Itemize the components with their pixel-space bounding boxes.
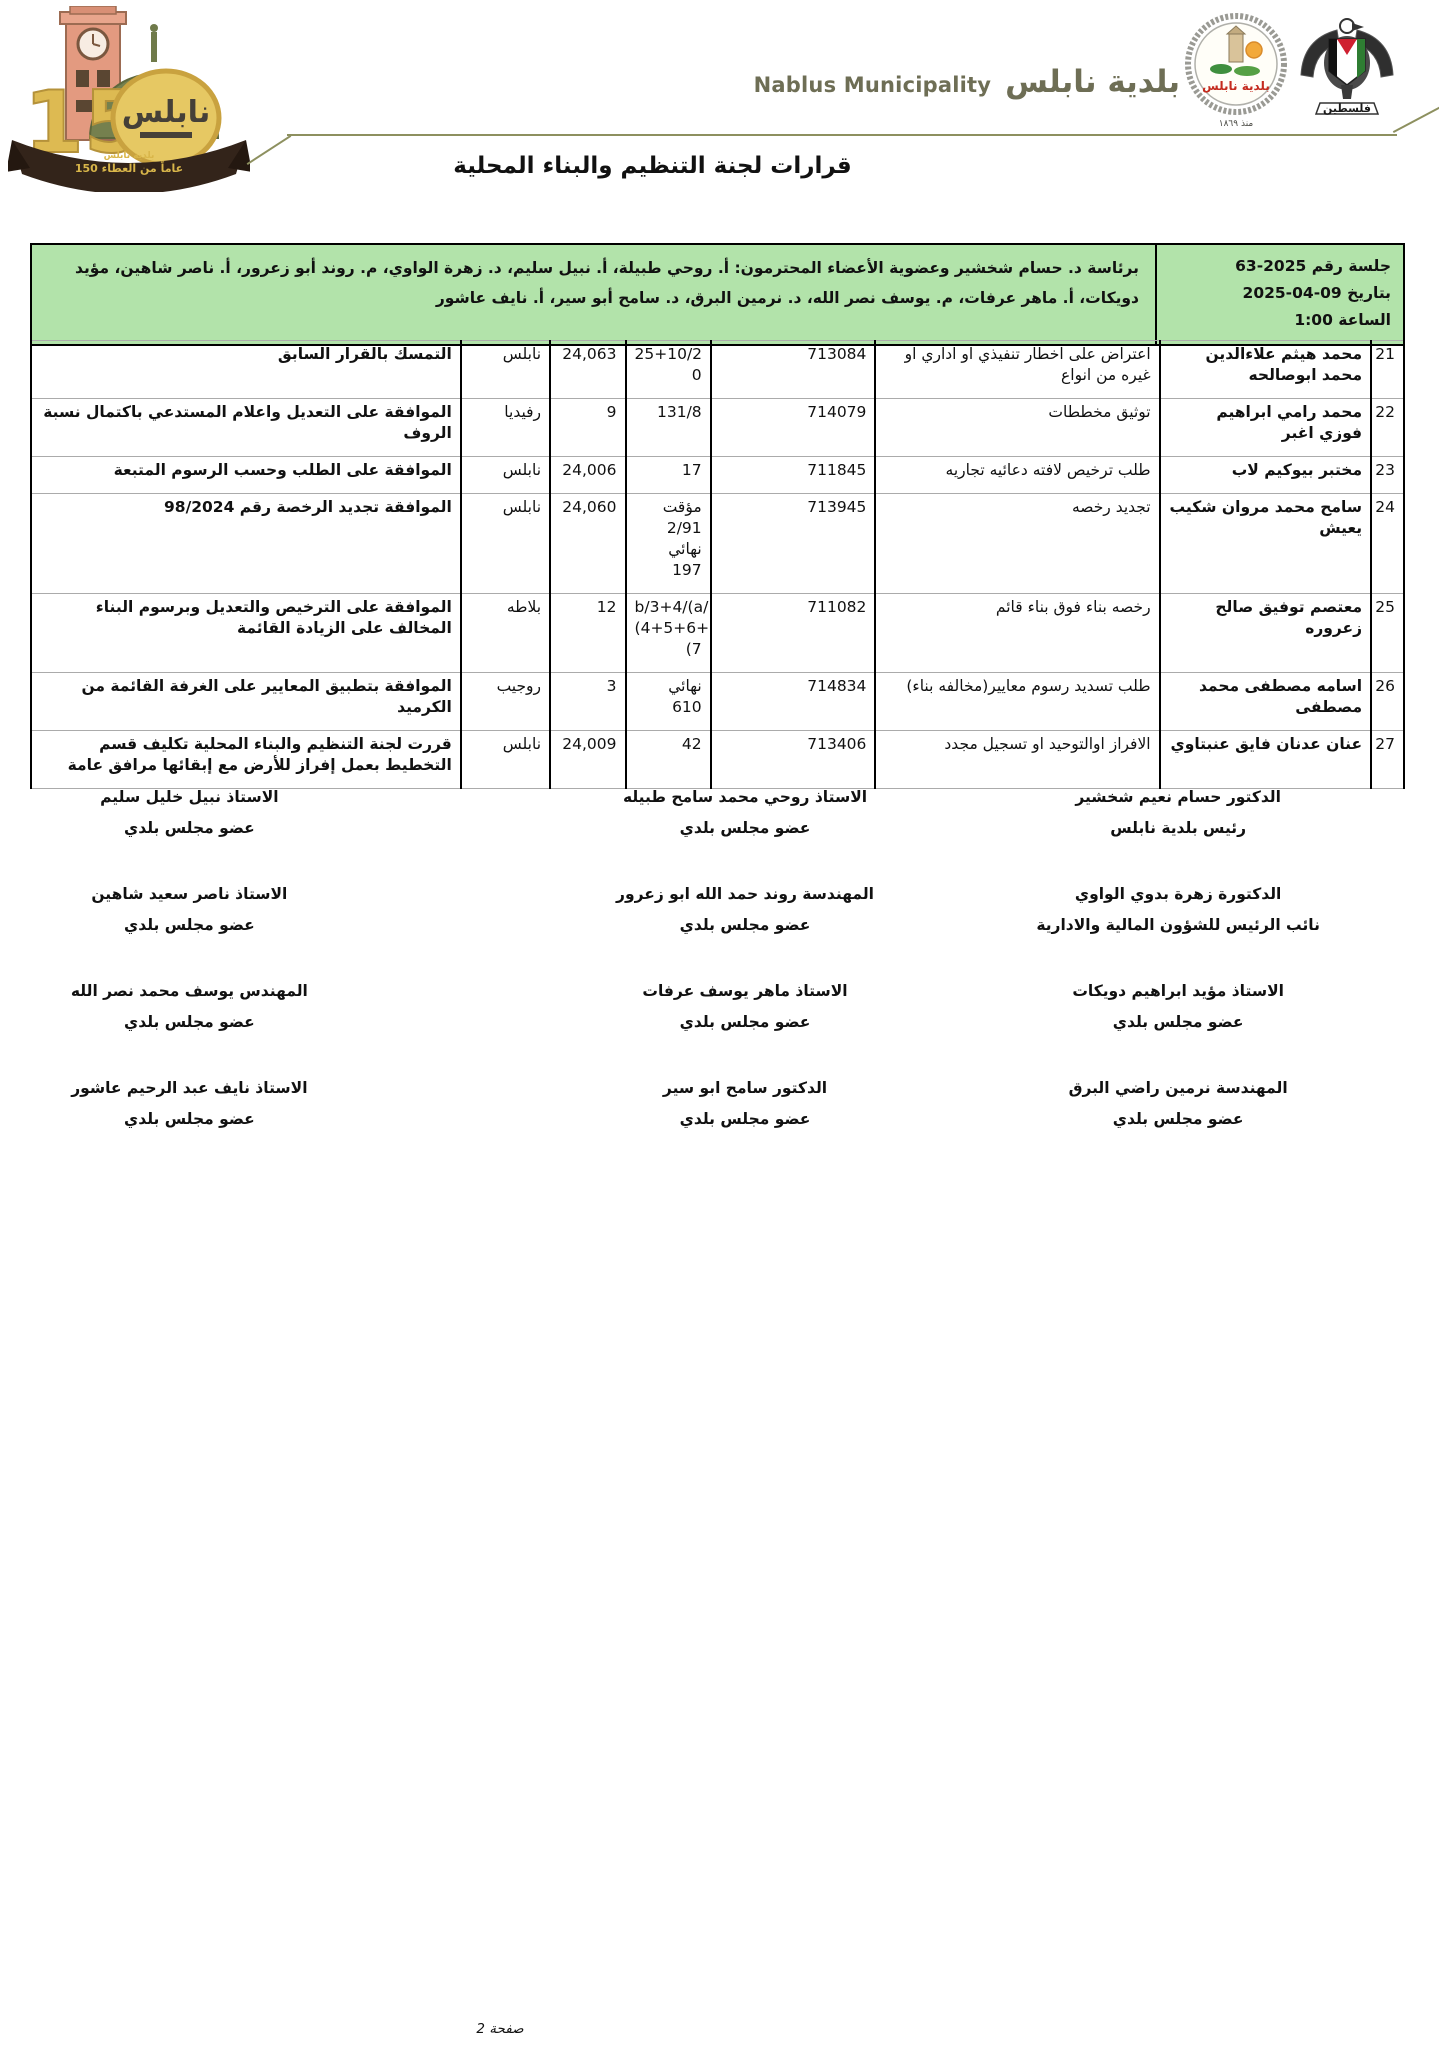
signatory-role: عضو مجلس بلدي (539, 914, 952, 936)
signature-row: الدكتور حسام نعيم شخشيررئيس بلدية نابلسا… (30, 786, 1405, 839)
signature-entry: الاستاذ نبيل خليل سليمعضو مجلس بلدي (30, 786, 539, 839)
request-subject: طلب ترخيص لافته دعائيه تجاريه (875, 457, 1159, 494)
signatures: الدكتور حسام نعيم شخشيررئيس بلدية نابلسا… (30, 786, 1405, 1174)
coat-of-arms-caption: فلسطين (1323, 102, 1371, 115)
location: رفيديا (461, 399, 550, 457)
parcel-number: 17 (626, 457, 711, 494)
palestine-coat-of-arms: فلسطين (1292, 13, 1402, 125)
location: بلاطه (461, 594, 550, 673)
table-row: 26اسامه مصطفى محمد مصطفىطلب تسديد رسوم م… (31, 673, 1404, 731)
table-row: 23مختبر بيوكيم لابطلب ترخيص لافته دعائيه… (31, 457, 1404, 494)
signatory-name: المهندس يوسف محمد نصر الله (30, 980, 349, 1002)
row-number: 21 (1371, 341, 1404, 399)
row-number: 27 (1371, 731, 1404, 789)
decision-text: التمسك بالقرار السابق (31, 341, 461, 399)
block-number: 9 (550, 399, 626, 457)
request-number: 714834 (711, 673, 876, 731)
municipal-seal-art: بلدية نابلس منذ ١٨٦٩ (1183, 12, 1290, 130)
signatory-role: رئيس بلدية نابلس (951, 817, 1405, 839)
decision-text: الموافقة على الطلب وحسب الرسوم المتبعة (31, 457, 461, 494)
header-rule (287, 134, 1397, 136)
signatory-name: الدكتور حسام نعيم شخشير (951, 786, 1405, 808)
signatory-name: الاستاذ نبيل خليل سليم (30, 786, 349, 808)
session-date-label: بتاريخ (1347, 284, 1391, 302)
session-time-value: 1:00 (1294, 311, 1333, 329)
block-number: 24,063 (550, 341, 626, 399)
applicant-name: محمد هيثم علاءالدين محمد ابوصالحه (1160, 341, 1371, 399)
signatory-name: الاستاذ ناصر سعيد شاهين (30, 883, 349, 905)
table-row: 24سامح محمد مروان شكيب يعيشتجديد رخصه713… (31, 494, 1404, 594)
block-number: 24,009 (550, 731, 626, 789)
applicant-name: مختبر بيوكيم لاب (1160, 457, 1371, 494)
signature-entry: الاستاذ روحي محمد سامح طبيلهعضو مجلس بلد… (539, 786, 952, 839)
signature-entry: الاستاذ نايف عبد الرحيم عاشورعضو مجلس بل… (30, 1077, 539, 1130)
signatory-role: عضو مجلس بلدي (30, 1108, 349, 1130)
signatory-role: عضو مجلس بلدي (30, 914, 349, 936)
session-date-value: 2025-04-09 (1243, 284, 1342, 302)
applicant-name: عنان عدنان فايق عنبتاوي (1160, 731, 1371, 789)
signatory-name: الاستاذ نايف عبد الرحيم عاشور (30, 1077, 349, 1099)
request-number: 711845 (711, 457, 876, 494)
session-time: الساعة 1:00 (1169, 307, 1391, 334)
request-subject: اعتراض على اخطار تنفيذي او اداري او غيره… (875, 341, 1159, 399)
signatory-name: الاستاذ روحي محمد سامح طبيله (539, 786, 952, 808)
signatory-name: المهندسة نرمين راضي البرق (951, 1077, 1405, 1099)
request-number: 711082 (711, 594, 876, 673)
parcel-number: مؤقت 2/91نهائي 197 (626, 494, 711, 594)
table-row: 25معتصم توفيق صالح زعرورهرخصه بناء فوق ب… (31, 594, 1404, 673)
request-number: 713945 (711, 494, 876, 594)
table-row: 27عنان عدنان فايق عنبتاويالافراز اوالتوح… (31, 731, 1404, 789)
parcel-number: 131/8 (626, 399, 711, 457)
signatory-role: عضو مجلس بلدي (539, 1108, 952, 1130)
request-number: 714079 (711, 399, 876, 457)
location: نابلس (461, 494, 550, 594)
session-number: جلسة رقم 63-2025 (1169, 253, 1391, 280)
municipal-seal: بلدية نابلس منذ ١٨٦٩ (1183, 12, 1290, 130)
applicant-name: سامح محمد مروان شكيب يعيش (1160, 494, 1371, 594)
location: نابلس (461, 457, 550, 494)
decision-text: الموافقة على التعديل واعلام المستدعي باك… (31, 399, 461, 457)
seal-caption: منذ ١٨٦٩ (1219, 119, 1254, 129)
location: نابلس (461, 341, 550, 399)
signature-entry: المهندسة روند حمد الله ابو زعرورعضو مجلس… (539, 883, 952, 936)
table-row: 21محمد هيثم علاءالدين محمد ابوصالحهاعترا… (31, 341, 1404, 399)
location: روجيب (461, 673, 550, 731)
request-subject: الافراز اوالتوحيد او تسجيل مجدد (875, 731, 1159, 789)
signature-entry: الدكتور سامح ابو سيرعضو مجلس بلدي (539, 1077, 952, 1130)
signature-entry: الاستاذ ماهر يوسف عرفاتعضو مجلس بلدي (539, 980, 952, 1033)
signature-row: المهندسة نرمين راضي البرقعضو مجلس بلديال… (30, 1077, 1405, 1130)
row-number: 25 (1371, 594, 1404, 673)
session-time-label: الساعة (1338, 311, 1391, 329)
request-number: 713406 (711, 731, 876, 789)
signatory-name: الدكتور سامح ابو سير (539, 1077, 952, 1099)
decision-text: الموافقة على الترخيص والتعديل وبرسوم الب… (31, 594, 461, 673)
request-subject: توثيق مخططات (875, 399, 1159, 457)
signature-entry: المهندسة نرمين راضي البرقعضو مجلس بلدي (951, 1077, 1405, 1130)
block-number: 12 (550, 594, 626, 673)
seal-center-text: بلدية نابلس (1202, 79, 1270, 93)
page-number-footer: صفحة 2 (440, 2021, 560, 2037)
decision-text: قررت لجنة التنظيم والبناء المحلية تكليف … (31, 731, 461, 789)
signatory-role: عضو مجلس بلدي (951, 1011, 1405, 1033)
parcel-number: b/3+4/(a/(4+5+6+(7 (626, 594, 711, 673)
request-subject: رخصه بناء فوق بناء قائم (875, 594, 1159, 673)
block-number: 24,060 (550, 494, 626, 594)
session-number-value: 63-2025 (1235, 257, 1306, 275)
request-subject: تجديد رخصه (875, 494, 1159, 594)
signatory-role: عضو مجلس بلدي (951, 1108, 1405, 1130)
brand-line: Nablus Municipality بلدية نابلس (754, 64, 1180, 100)
parcel-number: 25+10/20 (626, 341, 711, 399)
brand-name-arabic: بلدية نابلس (1005, 64, 1180, 100)
signatory-name: الاستاذ ماهر يوسف عرفات (539, 980, 952, 1002)
table-row: 22محمد رامي ابراهيم فوزي اغبرتوثيق مخططا… (31, 399, 1404, 457)
signatory-role: عضو مجلس بلدي (539, 1011, 952, 1033)
decisions-table: 21محمد هيثم علاءالدين محمد ابوصالحهاعترا… (30, 340, 1405, 789)
palestine-eagle-art: فلسطين (1292, 13, 1402, 125)
row-number: 26 (1371, 673, 1404, 731)
parcel-number: 42 (626, 731, 711, 789)
session-number-label: جلسة رقم (1312, 257, 1391, 275)
row-number: 22 (1371, 399, 1404, 457)
row-number: 24 (1371, 494, 1404, 594)
signature-entry: المهندس يوسف محمد نصر اللهعضو مجلس بلدي (30, 980, 539, 1033)
request-number: 713084 (711, 341, 876, 399)
session-meta: جلسة رقم 63-2025 بتاريخ 2025-04-09 الساع… (1155, 245, 1403, 344)
signatory-name: الاستاذ مؤيد ابراهيم دويكات (951, 980, 1405, 1002)
block-number: 3 (550, 673, 626, 731)
session-info-box: جلسة رقم 63-2025 بتاريخ 2025-04-09 الساع… (30, 243, 1405, 346)
location: نابلس (461, 731, 550, 789)
block-number: 24,006 (550, 457, 626, 494)
decisions-table-body: 21محمد هيثم علاءالدين محمد ابوصالحهاعترا… (31, 341, 1404, 789)
signatory-role: نائب الرئيس للشؤون المالية والادارية (951, 914, 1405, 936)
session-members: برئاسة د. حسام شخشير وعضوية الأعضاء المح… (32, 245, 1155, 344)
decision-text: الموافقة بتطبيق المعايير على الغرفة القا… (31, 673, 461, 731)
signature-row: الدكتورة زهرة بدوي الواوينائب الرئيس للش… (30, 883, 1405, 936)
brand-name-english: Nablus Municipality (754, 73, 992, 97)
applicant-name: اسامه مصطفى محمد مصطفى (1160, 673, 1371, 731)
signatory-role: عضو مجلس بلدي (30, 1011, 349, 1033)
applicant-name: معتصم توفيق صالح زعروره (1160, 594, 1371, 673)
signatory-role: عضو مجلس بلدي (539, 817, 952, 839)
decisions-table-wrap: 21محمد هيثم علاءالدين محمد ابوصالحهاعترا… (30, 340, 1405, 789)
signatory-role: عضو مجلس بلدي (30, 817, 349, 839)
logo-zero-text: نابلس (122, 95, 210, 130)
signature-entry: الدكتور حسام نعيم شخشيررئيس بلدية نابلس (951, 786, 1405, 839)
row-number: 23 (1371, 457, 1404, 494)
request-subject: طلب تسديد رسوم معايير(مخالفه بناء) (875, 673, 1159, 731)
signatory-name: الدكتورة زهرة بدوي الواوي (951, 883, 1405, 905)
parcel-number: نهائي 610 (626, 673, 711, 731)
signature-row: الاستاذ مؤيد ابراهيم دويكاتعضو مجلس بلدي… (30, 980, 1405, 1033)
session-date: بتاريخ 2025-04-09 (1169, 280, 1391, 307)
signatory-name: المهندسة روند حمد الله ابو زعرور (539, 883, 952, 905)
signature-entry: الدكتورة زهرة بدوي الواوينائب الرئيس للش… (951, 883, 1405, 936)
page-title: قرارات لجنة التنظيم والبناء المحلية (30, 153, 1275, 179)
signature-entry: الاستاذ مؤيد ابراهيم دويكاتعضو مجلس بلدي (951, 980, 1405, 1033)
applicant-name: محمد رامي ابراهيم فوزي اغبر (1160, 399, 1371, 457)
decision-text: الموافقة تجديد الرخصة رقم 98/2024 (31, 494, 461, 594)
signature-entry: الاستاذ ناصر سعيد شاهينعضو مجلس بلدي (30, 883, 539, 936)
